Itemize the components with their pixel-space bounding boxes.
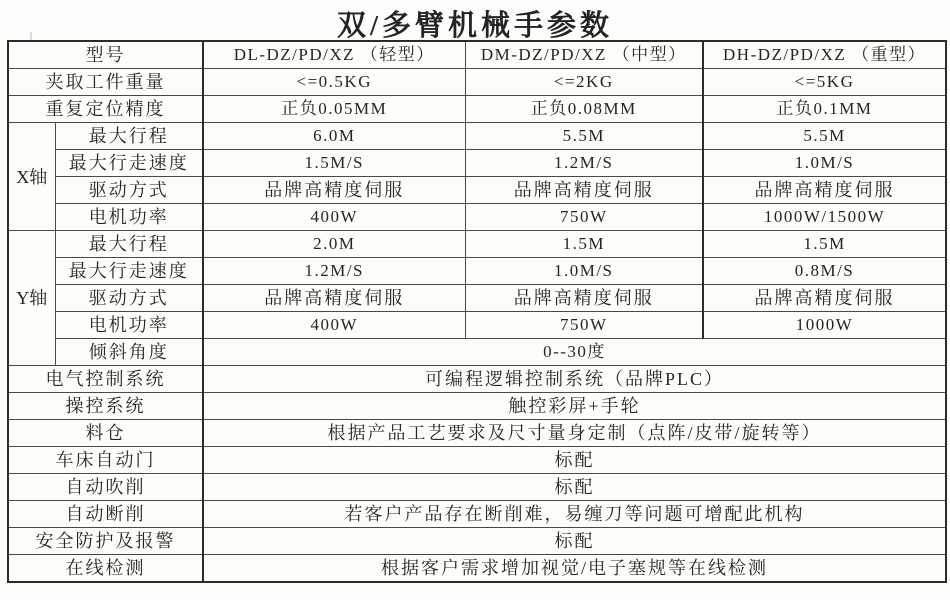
cell-value: 750W [465, 312, 703, 339]
cell-value: <=0.5KG [203, 69, 465, 96]
cell-value: 750W [465, 204, 703, 231]
cell-value: 1.2M/S [203, 258, 465, 285]
table-row-y-drive: 驱动方式 品牌高精度伺服 品牌高精度伺服 品牌高精度伺服 [8, 285, 946, 312]
table-row-magazine: 料仓 根据产品工艺要求及尺寸量身定制（点阵/皮带/旋转等） [8, 420, 946, 447]
table-row-operating-system: 操控系统 触控彩屏+手轮 [8, 393, 946, 420]
cell-value: 5.5M [465, 123, 703, 150]
row-label: 夹取工件重量 [8, 69, 203, 96]
cell-value: 400W [203, 312, 465, 339]
page-title: 双/多臂机械手参数 [0, 3, 950, 44]
table-row-x-drive: 驱动方式 品牌高精度伺服 品牌高精度伺服 品牌高精度伺服 [8, 177, 946, 204]
row-label: 自动吹削 [8, 474, 203, 501]
row-label: 最大行程 [55, 123, 203, 150]
cell-value: 5.5M [703, 123, 946, 150]
row-label: 最大行程 [55, 231, 203, 258]
cell-value: 正负0.08MM [465, 96, 703, 123]
table-row-online-inspection: 在线检测 根据客户需求增加视觉/电子塞规等在线检测 [8, 555, 946, 583]
row-label: 料仓 [8, 420, 203, 447]
table-row-electric-control: 电气控制系统 可编程逻辑控制系统（品牌PLC） [8, 366, 946, 393]
row-label: 车床自动门 [8, 447, 203, 474]
cell-value-merged: 标配 [203, 528, 946, 555]
cell-value: 1.5M [703, 231, 946, 258]
cell-value-merged: 触控彩屏+手轮 [203, 393, 946, 420]
axis-label-x: X轴 [8, 123, 55, 231]
cell-value: 0.8M/S [703, 258, 946, 285]
cell-value-merged: 0--30度 [203, 339, 946, 366]
table-row-grip-weight: 夹取工件重量 <=0.5KG <=2KG <=5KG [8, 69, 946, 96]
cell-value-merged: 若客户产品存在断削难，易缠刀等问题可增配此机构 [203, 501, 946, 528]
cell-value: 400W [203, 204, 465, 231]
model-light: DL-DZ/PD/XZ （轻型） [203, 41, 465, 69]
table-row-safety-alarm: 安全防护及报警 标配 [8, 528, 946, 555]
cell-value: 品牌高精度伺服 [203, 285, 465, 312]
row-label: 重复定位精度 [8, 96, 203, 123]
row-label: 最大行走速度 [55, 258, 203, 285]
axis-label-y: Y轴 [8, 231, 55, 366]
row-label: 驱动方式 [55, 285, 203, 312]
table-row-tilt-angle: 倾斜角度 0--30度 [8, 339, 946, 366]
cell-value-merged: 可编程逻辑控制系统（品牌PLC） [203, 366, 946, 393]
table-row-y-stroke: Y轴 最大行程 2.0M 1.5M 1.5M [8, 231, 946, 258]
cell-value: 1.0M/S [465, 258, 703, 285]
cell-value-merged: 标配 [203, 447, 946, 474]
table-row-x-power: 电机功率 400W 750W 1000W/1500W [8, 204, 946, 231]
table-row-y-speed: 最大行走速度 1.2M/S 1.0M/S 0.8M/S [8, 258, 946, 285]
model-heavy: DH-DZ/PD/XZ （重型） [703, 41, 946, 69]
cell-value: 正负0.05MM [203, 96, 465, 123]
cell-value: 1.0M/S [703, 150, 946, 177]
cell-value-merged: 根据产品工艺要求及尺寸量身定制（点阵/皮带/旋转等） [203, 420, 946, 447]
cell-value: 1000W/1500W [703, 204, 946, 231]
table-row-lathe-auto-door: 车床自动门 标配 [8, 447, 946, 474]
model-medium: DM-DZ/PD/XZ （中型） [465, 41, 703, 69]
cell-value: 2.0M [203, 231, 465, 258]
cell-value: 品牌高精度伺服 [465, 285, 703, 312]
table-row-auto-chip-break: 自动断削 若客户产品存在断削难，易缠刀等问题可增配此机构 [8, 501, 946, 528]
row-label: 电机功率 [55, 204, 203, 231]
cell-value-merged: 标配 [203, 474, 946, 501]
spec-table: 型号 DL-DZ/PD/XZ （轻型） DM-DZ/PD/XZ （中型） DH-… [7, 40, 947, 583]
scanned-spec-sheet: { "title": "双/多臂机械手参数", "colors": { "bac… [0, 0, 950, 600]
row-label-model: 型号 [8, 41, 203, 69]
cell-value: 1.2M/S [465, 150, 703, 177]
cell-value: 品牌高精度伺服 [203, 177, 465, 204]
cell-value: <=2KG [465, 69, 703, 96]
cell-value: 正负0.1MM [703, 96, 946, 123]
row-label: 自动断削 [8, 501, 203, 528]
cell-value: 1.5M [465, 231, 703, 258]
row-label: 在线检测 [8, 555, 203, 583]
row-label: 驱动方式 [55, 177, 203, 204]
cell-value: <=5KG [703, 69, 946, 96]
cell-value: 品牌高精度伺服 [465, 177, 703, 204]
cell-value: 1000W [703, 312, 946, 339]
row-label: 电机功率 [55, 312, 203, 339]
cell-value: 品牌高精度伺服 [703, 177, 946, 204]
table-row-x-speed: 最大行走速度 1.5M/S 1.2M/S 1.0M/S [8, 150, 946, 177]
table-row-y-power: 电机功率 400W 750W 1000W [8, 312, 946, 339]
row-label: 安全防护及报警 [8, 528, 203, 555]
row-label: 倾斜角度 [55, 339, 203, 366]
cell-value: 6.0M [203, 123, 465, 150]
row-label: 最大行走速度 [55, 150, 203, 177]
table-row-auto-blow-chip: 自动吹削 标配 [8, 474, 946, 501]
table-row-x-stroke: X轴 最大行程 6.0M 5.5M 5.5M [8, 123, 946, 150]
cell-value: 1.5M/S [203, 150, 465, 177]
table-row-model: 型号 DL-DZ/PD/XZ （轻型） DM-DZ/PD/XZ （中型） DH-… [8, 41, 946, 69]
row-label: 电气控制系统 [8, 366, 203, 393]
row-label: 操控系统 [8, 393, 203, 420]
cell-value: 品牌高精度伺服 [703, 285, 946, 312]
table-row-repeat-accuracy: 重复定位精度 正负0.05MM 正负0.08MM 正负0.1MM [8, 96, 946, 123]
cell-value-merged: 根据客户需求增加视觉/电子塞规等在线检测 [203, 555, 946, 583]
